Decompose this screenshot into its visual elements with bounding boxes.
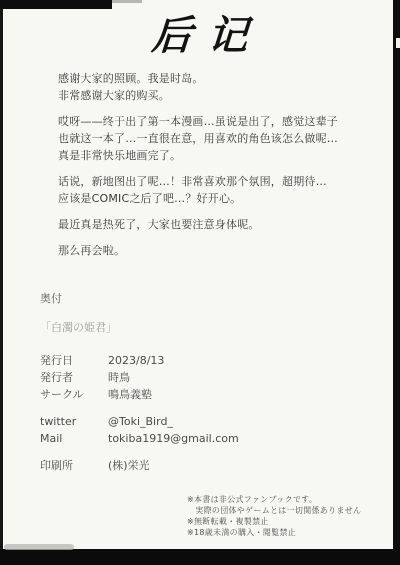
field-value: 2023/8/13 <box>108 352 164 369</box>
colophon-row-mail: Mail tokiba1919@gmail.com <box>40 430 239 447</box>
colophon-row-circle: サークル 鳴鳥義塾 <box>40 386 239 403</box>
field-value: 鳴鳥義塾 <box>108 386 152 403</box>
paragraph: 感谢大家的照顾。我是时岛。 非常感谢大家的购买。 <box>58 70 388 104</box>
disclaimer-line: ※無断転載・複製禁止 <box>187 516 387 527</box>
colophon-heading: 奥付 <box>40 291 239 306</box>
paragraph-line: 感谢大家的照顾。我是时岛。 <box>58 70 388 87</box>
colophon-contact-group: twitter @Toki_Bird_ Mail tokiba1919@gmai… <box>40 413 239 447</box>
colophon-row-publish-date: 発行日 2023/8/13 <box>40 352 239 369</box>
field-label: 発行者 <box>40 369 108 386</box>
paragraph-line: 真是非常快乐地画完了。 <box>58 147 388 164</box>
paragraph-line: 应该是COMIC之后了吧…？好开心。 <box>58 190 388 207</box>
twitter-handle: @Toki_Bird_ <box>108 413 173 430</box>
paragraph: 那么再会啦。 <box>58 242 388 259</box>
scan-edge-right <box>393 0 400 565</box>
colophon-row-publisher: 発行者 時鳥 <box>40 369 239 386</box>
paragraph-line: 话说，新地图出了呢…！非常喜欢那个氛围，超期待… <box>58 173 388 190</box>
paragraph: 话说，新地图出了呢…！非常喜欢那个氛围，超期待… 应该是COMIC之后了吧…？好… <box>58 173 388 207</box>
paragraph: 哎呀——终于出了第一本漫画…虽说是出了，感觉这辈子 也就这一本了…一直很在意，用… <box>58 113 388 164</box>
colophon-row-printer: 印刷所 (株)栄光 <box>40 457 239 474</box>
scan-smudge <box>4 544 74 550</box>
paragraph: 最近真是热死了，大家也要注意身体呢。 <box>58 216 388 233</box>
scanned-afterword-page: 后记 感谢大家的照顾。我是时岛。 非常感谢大家的购买。 哎呀——终于出了第一本漫… <box>0 0 400 565</box>
page-title: 后记 <box>0 4 400 61</box>
paragraph-line: 哎呀——终于出了第一本漫画…虽说是出了，感觉这辈子 <box>58 113 388 130</box>
legal-disclaimer: ※本書は非公式ファンブックです。 実際の団体やゲームとは一切関係ありません ※無… <box>187 494 387 538</box>
scan-edge-left <box>0 8 3 549</box>
paragraph-line: 非常感谢大家的购买。 <box>58 87 388 104</box>
field-label: 発行日 <box>40 352 108 369</box>
email-address: tokiba1919@gmail.com <box>108 430 239 447</box>
colophon-printer-group: 印刷所 (株)栄光 <box>40 457 239 474</box>
colophon-row-twitter: twitter @Toki_Bird_ <box>40 413 239 430</box>
paragraph-line: 那么再会啦。 <box>58 242 388 259</box>
field-label: twitter <box>40 413 108 430</box>
field-label: 印刷所 <box>40 457 108 474</box>
colophon: 奥付 「白濁の姫君」 発行日 2023/8/13 発行者 時鳥 サークル 鳴鳥義… <box>40 291 239 484</box>
disclaimer-line: 実際の団体やゲームとは一切関係ありません <box>187 505 387 516</box>
field-value: 時鳥 <box>108 369 130 386</box>
scan-edge-bottom <box>0 549 400 565</box>
paragraph-line: 也就这一本了…一直很在意，用喜欢的角色该怎么做呢… <box>58 130 388 147</box>
field-value: (株)栄光 <box>108 457 150 474</box>
field-label: Mail <box>40 430 108 447</box>
scan-edge-top-fragment <box>112 0 142 3</box>
field-label: サークル <box>40 386 108 403</box>
book-title: 「白濁の姫君」 <box>40 320 239 335</box>
disclaimer-line: ※本書は非公式ファンブックです。 <box>187 494 387 505</box>
colophon-publication-group: 発行日 2023/8/13 発行者 時鳥 サークル 鳴鳥義塾 <box>40 352 239 403</box>
afterword-body: 感谢大家的照顾。我是时岛。 非常感谢大家的购买。 哎呀——终于出了第一本漫画…虽… <box>58 70 388 268</box>
paragraph-line: 最近真是热死了，大家也要注意身体呢。 <box>58 216 388 233</box>
disclaimer-line: ※18歳未満の購入・閲覧禁止 <box>187 527 387 538</box>
